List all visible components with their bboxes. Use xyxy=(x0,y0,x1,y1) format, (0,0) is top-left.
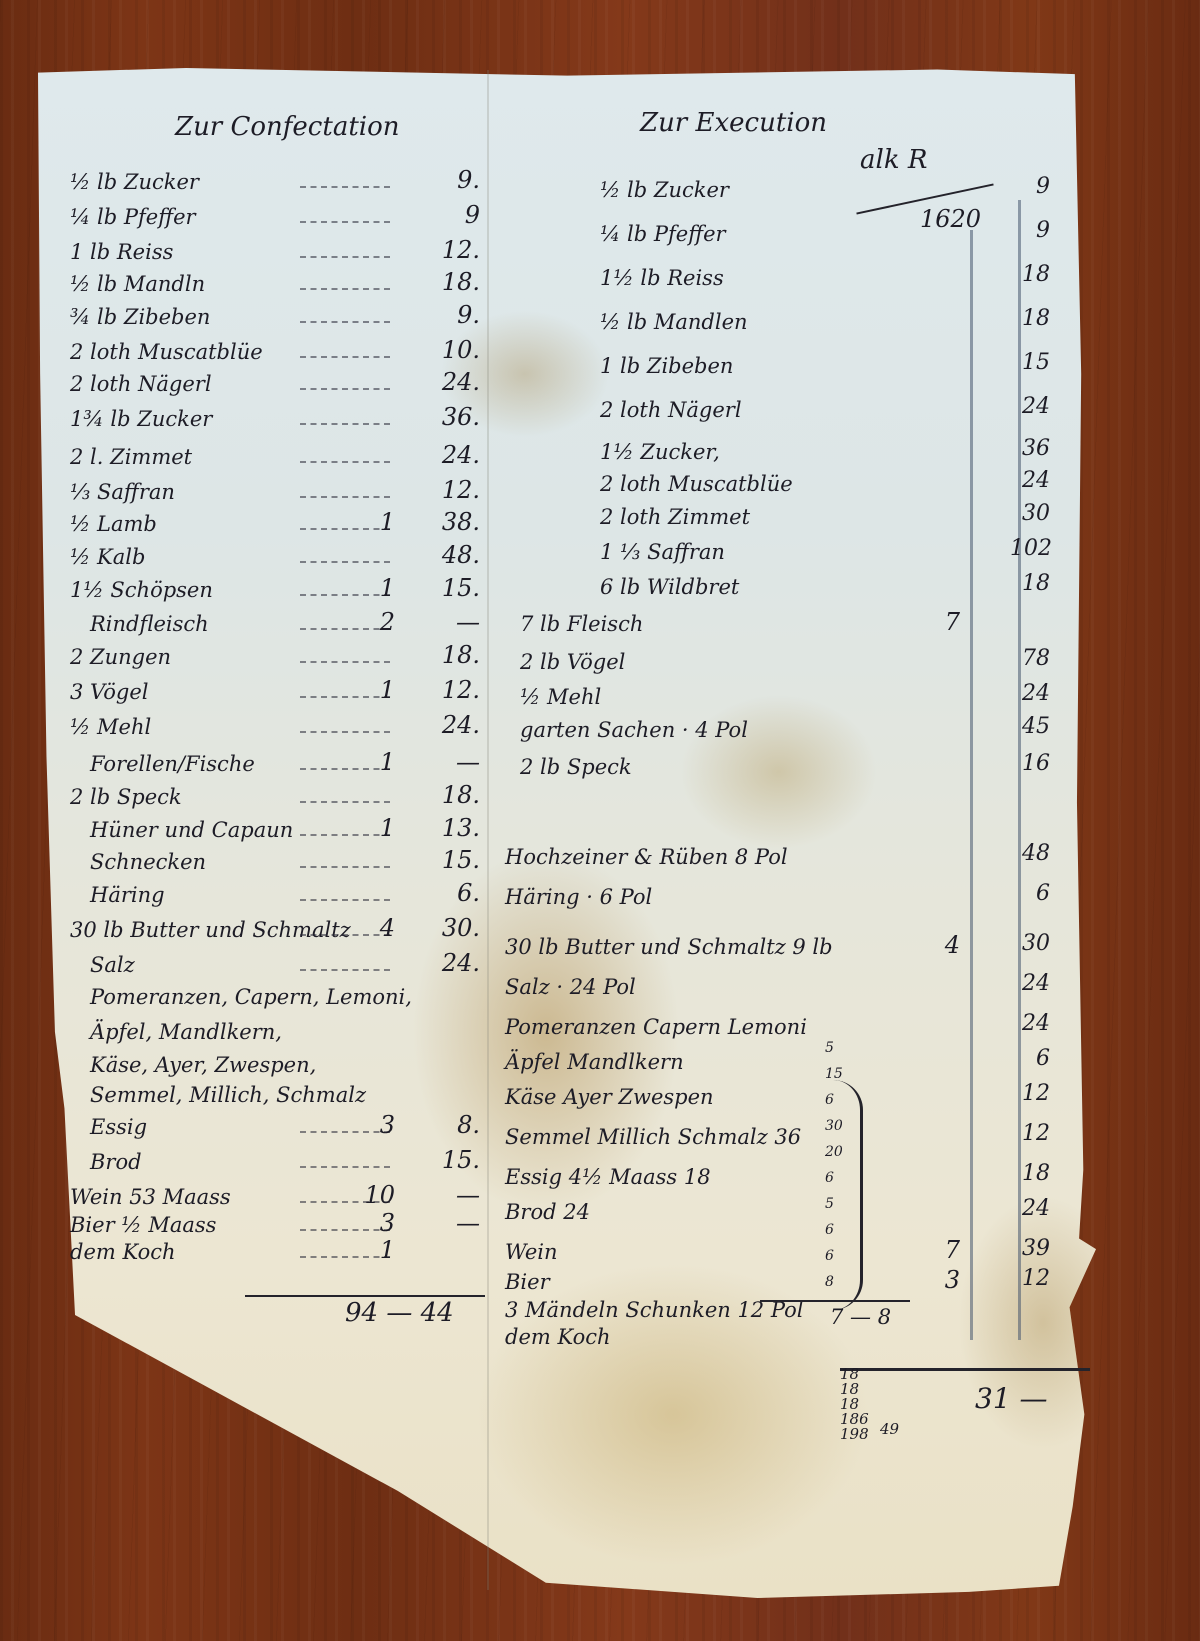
left-total-rule xyxy=(245,1295,485,1297)
leader-dots xyxy=(300,731,390,733)
left-item-label: Bier ½ Maass xyxy=(70,1213,216,1237)
left-item-florins: 3 xyxy=(355,1209,395,1237)
right-item-florins: 7 xyxy=(930,1236,960,1264)
right-item-amount: 18 xyxy=(1010,306,1050,331)
left-item-kreuzer: 9. xyxy=(420,166,480,194)
right-item-label: 1½ Zucker, xyxy=(600,440,720,464)
tally-value: 6 xyxy=(825,1092,834,1108)
right-item-label: Hochzeiner & Rüben 8 Pol xyxy=(505,845,788,869)
left-item-label: Schnecken xyxy=(90,850,206,874)
right-item-florins: 3 xyxy=(930,1266,960,1294)
right-item-amount: 24 xyxy=(1010,971,1050,996)
left-item-label: ¾ lb Zibeben xyxy=(70,305,210,329)
right-item-label: ½ lb Mandlen xyxy=(600,310,748,334)
tally-value: 6 xyxy=(825,1248,834,1264)
right-item-label: Salz · 24 Pol xyxy=(505,975,636,999)
fold-crease xyxy=(487,70,489,1590)
side-tally-total: 7 — 8 xyxy=(830,1305,891,1329)
right-item-amount: 15 xyxy=(1010,350,1050,375)
left-item-kreuzer: 24. xyxy=(420,711,480,739)
leader-dots xyxy=(300,899,390,901)
right-item-label: Käse Ayer Zwespen xyxy=(505,1085,714,1109)
left-item-label: ½ Mehl xyxy=(70,715,151,739)
right-item-label: 1 ⅓ Saffran xyxy=(600,540,725,564)
right-heading: Zur Execution xyxy=(640,108,827,138)
right-item-amount: 18 xyxy=(1010,262,1050,287)
right-item-label: garten Sachen · 4 Pol xyxy=(520,718,748,742)
leader-dots xyxy=(300,866,390,868)
leader-dots xyxy=(300,561,390,563)
right-item-amount: 45 xyxy=(1010,714,1050,739)
left-item-label: 2 l. Zimmet xyxy=(70,445,192,469)
tally-total-rule xyxy=(760,1300,910,1302)
left-item-label: Äpfel, Mandlkern, xyxy=(90,1020,282,1044)
left-item-label: Pomeranzen, Capern, Lemoni, xyxy=(90,985,412,1009)
right-item-amount: 12 xyxy=(1010,1121,1050,1146)
left-item-label: Rindfleisch xyxy=(90,612,209,636)
left-item-kreuzer: — xyxy=(420,1209,480,1237)
right-item-amount: 39 xyxy=(1010,1236,1050,1261)
left-item-label: 2 loth Muscatblüe xyxy=(70,340,263,364)
left-item-label: 1 lb Reiss xyxy=(70,240,173,264)
left-item-label: ½ Lamb xyxy=(70,512,157,536)
right-item-amount: 24 xyxy=(1010,468,1050,493)
leader-dots xyxy=(300,461,390,463)
right-item-label: 2 loth Muscatblüe xyxy=(600,472,793,496)
right-item-amount: 18 xyxy=(1010,1161,1050,1186)
left-item-kreuzer: — xyxy=(420,608,480,636)
leader-dots xyxy=(300,423,390,425)
right-item-label: dem Koch xyxy=(505,1325,611,1349)
right-item-label: 2 lb Vögel xyxy=(520,650,625,674)
right-item-amount: 9 xyxy=(1010,218,1050,243)
right-item-amount: 48 xyxy=(1010,841,1050,866)
right-item-label: ¼ lb Pfeffer xyxy=(600,222,726,246)
leader-dots xyxy=(300,186,390,188)
left-item-florins: 2 xyxy=(355,608,395,636)
right-item-amount: 24 xyxy=(1010,1011,1050,1036)
left-item-florins: 1 xyxy=(355,508,395,536)
leader-dots xyxy=(300,388,390,390)
left-item-label: Brod xyxy=(90,1150,142,1174)
left-item-kreuzer: — xyxy=(420,748,480,776)
right-item-label: Äpfel Mandlkern xyxy=(505,1050,684,1074)
left-item-florins: 3 xyxy=(355,1111,395,1139)
left-item-label: Salz xyxy=(90,953,135,977)
bottom-sum-value: 49 xyxy=(880,1420,899,1438)
left-item-label: ½ Kalb xyxy=(70,545,145,569)
left-item-label: Hüner und Capaun xyxy=(90,818,293,842)
leader-dots xyxy=(300,661,390,663)
left-item-kreuzer: 18. xyxy=(420,268,480,296)
left-item-label: 2 lb Speck xyxy=(70,785,182,809)
right-item-label: Essig 4½ Maass 18 xyxy=(505,1165,711,1189)
right-item-amount: 102 xyxy=(1010,536,1050,561)
right-item-amount: 6 xyxy=(1010,881,1050,906)
right-item-label: 6 lb Wildbret xyxy=(600,575,739,599)
right-item-label: 2 loth Nägerl xyxy=(600,398,742,422)
right-item-amount: 6 xyxy=(1010,1046,1050,1071)
left-item-label: ½ lb Mandln xyxy=(70,272,205,296)
left-item-kreuzer: 15. xyxy=(420,1146,480,1174)
right-item-amount: 30 xyxy=(1010,931,1050,956)
left-item-kreuzer: 15. xyxy=(420,846,480,874)
left-item-kreuzer: 6. xyxy=(420,879,480,907)
right-item-label: ½ Mehl xyxy=(520,685,601,709)
left-total: 94 — 44 xyxy=(345,1298,454,1328)
tally-value: 30 xyxy=(825,1118,843,1134)
right-item-amount: 30 xyxy=(1010,501,1050,526)
right-item-label: Brod 24 xyxy=(505,1200,590,1224)
left-item-kreuzer: 18. xyxy=(420,641,480,669)
tally-value: 5 xyxy=(825,1196,834,1212)
left-item-kreuzer: — xyxy=(420,1181,480,1209)
right-item-amount: 24 xyxy=(1010,1196,1050,1221)
right-total: 31 — xyxy=(975,1382,1048,1415)
right-item-amount: 24 xyxy=(1010,394,1050,419)
left-item-florins: 4 xyxy=(355,914,395,942)
left-item-label: 1½ Schöpsen xyxy=(70,578,213,602)
right-item-label: Semmel Millich Schmalz 36 xyxy=(505,1125,801,1149)
pencil-rule-1 xyxy=(970,230,973,1340)
right-item-amount: 9 xyxy=(1010,174,1050,199)
right-item-label: 30 lb Butter und Schmaltz 9 lb xyxy=(505,935,833,959)
right-item-amount: 12 xyxy=(1010,1266,1050,1291)
right-item-florins: 7 xyxy=(930,608,960,636)
left-item-label: Käse, Ayer, Zwespen, xyxy=(90,1053,316,1077)
tally-value: 20 xyxy=(825,1144,843,1160)
left-item-florins: 1 xyxy=(355,676,395,704)
right-item-label: ½ lb Zucker xyxy=(600,178,729,202)
left-item-label: Essig xyxy=(90,1115,147,1139)
left-item-label: ¼ lb Pfeffer xyxy=(70,205,196,229)
right-item-florins: 4 xyxy=(930,931,960,959)
right-item-label: Bier xyxy=(505,1270,550,1294)
left-item-kreuzer: 24. xyxy=(420,949,480,977)
bottom-sum-value: 198 xyxy=(840,1425,869,1443)
tally-value: 6 xyxy=(825,1222,834,1238)
leader-dots xyxy=(300,496,390,498)
leader-dots xyxy=(300,801,390,803)
right-item-label: 1 lb Zibeben xyxy=(600,354,733,378)
right-annotation: alk R xyxy=(860,145,927,175)
leader-dots xyxy=(300,969,390,971)
left-item-kreuzer: 36. xyxy=(420,403,480,431)
leader-dots xyxy=(300,288,390,290)
left-item-kreuzer: 9 xyxy=(420,201,480,229)
left-item-florins: 1 xyxy=(355,574,395,602)
right-item-label: Pomeranzen Capern Lemoni xyxy=(505,1015,807,1039)
left-item-kreuzer: 30. xyxy=(420,914,480,942)
bottom-long-rule xyxy=(840,1368,1090,1371)
right-item-amount: 16 xyxy=(1010,751,1050,776)
leader-dots xyxy=(300,256,390,258)
left-item-kreuzer: 48. xyxy=(420,541,480,569)
left-item-label: Häring xyxy=(90,883,165,907)
left-item-label: ½ lb Zucker xyxy=(70,170,199,194)
left-item-florins: 1 xyxy=(355,748,395,776)
left-item-florins: 10 xyxy=(355,1181,395,1209)
tally-value: 6 xyxy=(825,1170,834,1186)
left-item-label: 3 Vögel xyxy=(70,680,149,704)
right-item-label: 7 lb Fleisch xyxy=(520,612,643,636)
leader-dots xyxy=(300,356,390,358)
right-item-label: Wein xyxy=(505,1240,558,1264)
tally-value: 15 xyxy=(825,1066,843,1082)
right-item-label: 1½ lb Reiss xyxy=(600,266,724,290)
left-item-label: 30 lb Butter und Schmaltz xyxy=(70,918,351,942)
leader-dots xyxy=(300,221,390,223)
left-item-label: 2 Zungen xyxy=(70,645,171,669)
right-item-amount: 18 xyxy=(1010,571,1050,596)
right-item-amount: 12 xyxy=(1010,1081,1050,1106)
right-item-label: Häring · 6 Pol xyxy=(505,885,652,909)
left-item-label: Semmel, Millich, Schmalz xyxy=(90,1083,366,1107)
left-item-kreuzer: 15. xyxy=(420,574,480,602)
right-item-label: 2 lb Speck xyxy=(520,755,632,779)
left-item-kreuzer: 24. xyxy=(420,368,480,396)
left-item-kreuzer: 12. xyxy=(420,476,480,504)
leader-dots xyxy=(300,1166,390,1168)
right-item-label: 3 Mändeln Schunken 12 Pol xyxy=(505,1298,803,1322)
left-item-kreuzer: 18. xyxy=(420,781,480,809)
tally-value: 5 xyxy=(825,1040,834,1056)
left-item-label: Forellen/Fische xyxy=(90,752,255,776)
right-item-amount: 24 xyxy=(1010,681,1050,706)
left-item-kreuzer: 12. xyxy=(420,676,480,704)
left-heading: Zur Confectation xyxy=(175,112,399,142)
left-item-kreuzer: 24. xyxy=(420,441,480,469)
left-item-kreuzer: 13. xyxy=(420,814,480,842)
left-item-label: 2 loth Nägerl xyxy=(70,372,212,396)
left-item-kreuzer: 8. xyxy=(420,1111,480,1139)
left-item-florins: 1 xyxy=(355,1236,395,1264)
left-item-kreuzer: 9. xyxy=(420,301,480,329)
left-item-kreuzer: 12. xyxy=(420,236,480,264)
left-item-kreuzer: 10. xyxy=(420,336,480,364)
left-item-label: ⅓ Saffran xyxy=(70,480,175,504)
year-1620: 1620 xyxy=(920,205,981,233)
right-item-label: 2 loth Zimmet xyxy=(600,505,750,529)
right-item-amount: 36 xyxy=(1010,436,1050,461)
tally-value: 8 xyxy=(825,1274,834,1290)
left-item-florins: 1 xyxy=(355,814,395,842)
right-item-amount: 78 xyxy=(1010,646,1050,671)
left-item-kreuzer: 38. xyxy=(420,508,480,536)
left-item-label: 1¾ lb Zucker xyxy=(70,407,212,431)
leader-dots xyxy=(300,321,390,323)
left-item-label: dem Koch xyxy=(70,1240,176,1264)
left-item-label: Wein 53 Maass xyxy=(70,1185,231,1209)
